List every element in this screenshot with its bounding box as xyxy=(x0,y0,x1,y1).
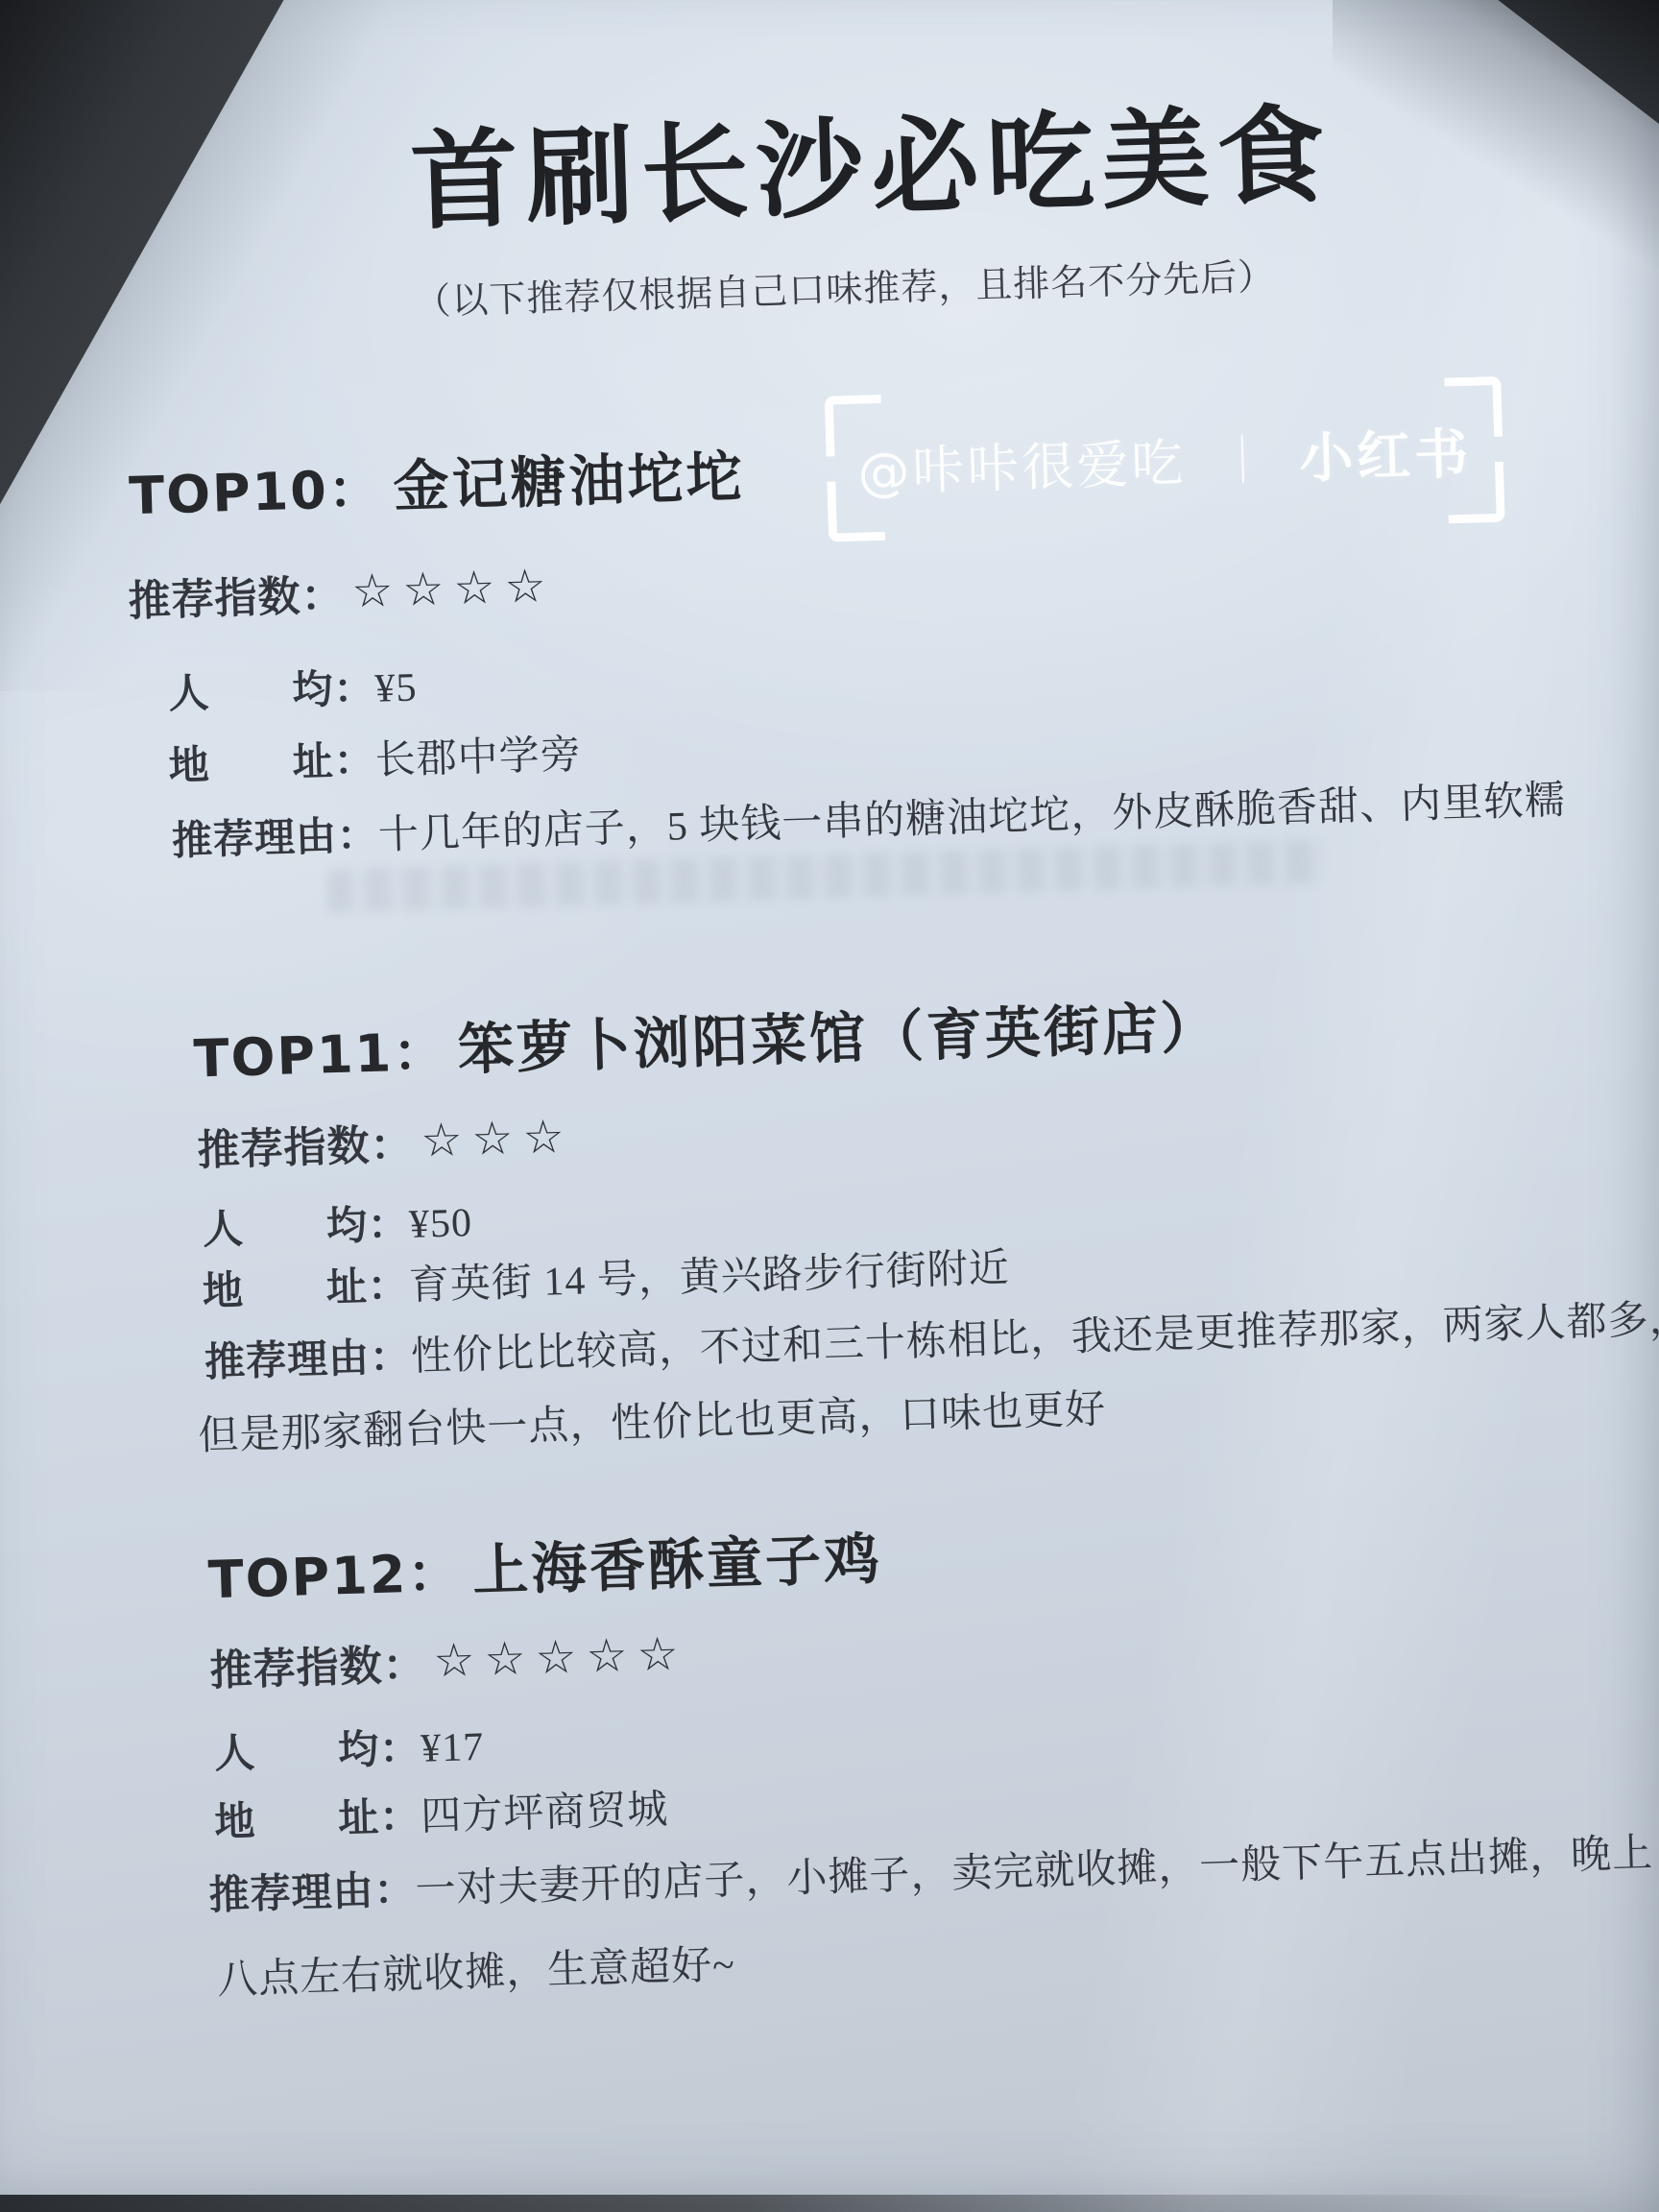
address-label: 地 址： xyxy=(202,1264,409,1314)
watermark-bracket-bottom-right-icon xyxy=(1447,462,1505,524)
reason-label: 推荐理由： xyxy=(171,814,378,864)
price-value: ¥5 xyxy=(374,665,418,710)
section-heading: TOP10：金记糖油坨坨 xyxy=(128,431,746,530)
rating-stars: ☆☆☆ xyxy=(421,1110,575,1168)
restaurant-name: 金记糖油坨坨 xyxy=(393,445,746,518)
rating-stars: ☆☆☆☆ xyxy=(351,559,557,618)
rating-stars: ☆☆☆☆☆ xyxy=(433,1627,689,1689)
address-value: 四方坪商贸城 xyxy=(421,1788,669,1839)
price-label: 人 均： xyxy=(168,667,375,717)
price-value: ¥17 xyxy=(421,1725,485,1771)
address-value: 育英街 14 号，黄兴路步行街附近 xyxy=(408,1246,1010,1309)
rating-label: 推荐指数： xyxy=(197,1121,414,1175)
watermark-bracket-top-left-icon xyxy=(825,395,883,457)
photo-frame: 首刷长沙必吃美食 （以下推荐仅根据自己口味推荐，且排名不分先后） @咔咔很爱吃 … xyxy=(0,0,1659,2212)
rating-row: 推荐指数：☆☆☆ xyxy=(197,1105,575,1178)
price-label: 人 均： xyxy=(202,1203,409,1253)
rank-label: TOP10： xyxy=(128,458,382,526)
watermark-bracket-bottom-left-icon xyxy=(827,480,885,542)
reason-text: 但是那家翻台快一点，性价比也更高，口味也更好 xyxy=(198,1387,1107,1458)
xiaohongshu-watermark: @咔咔很爱吃 ｜ 小红书 xyxy=(825,376,1505,542)
price-row: 人 均：¥50 xyxy=(202,1190,473,1256)
page-title: 首刷长沙必吃美食 xyxy=(408,69,1334,251)
reason-label: 推荐理由： xyxy=(208,1868,416,1918)
section-heading: TOP12：上海香酥童子鸡 xyxy=(206,1513,883,1614)
page-subtitle: （以下推荐仅根据自己口味推荐，且排名不分先后） xyxy=(414,247,1276,325)
reason-text: 性价比比较高，不过和三十栋相比，我还是更推荐那家，两家人都多， xyxy=(410,1297,1659,1380)
rank-label: TOP11： xyxy=(193,1022,447,1090)
rank-label: TOP12： xyxy=(207,1542,462,1610)
document-content: 首刷长沙必吃美食 （以下推荐仅根据自己口味推荐，且排名不分先后） @咔咔很爱吃 … xyxy=(0,0,1659,2211)
rating-row: 推荐指数：☆☆☆☆☆ xyxy=(209,1623,689,1698)
reason-label: 推荐理由： xyxy=(204,1335,412,1385)
address-label: 地 址： xyxy=(214,1795,421,1845)
rating-row: 推荐指数：☆☆☆☆ xyxy=(128,554,557,628)
price-row: 人 均：¥17 xyxy=(213,1715,485,1780)
reason-text: 一对夫妻开的店子，小摊子，卖完就收摊，一般下午五点出摊，晚上 xyxy=(415,1832,1654,1912)
address-value: 长郡中学旁 xyxy=(374,733,582,782)
reason-text: 十几年的店子，5 块钱一串的糖油坨坨，外皮酥脆香甜、内里软糯 xyxy=(377,779,1566,858)
section-heading: TOP11：笨萝卜浏阳菜馆（育英街店） xyxy=(192,982,1220,1094)
address-row: 地 址：长郡中学旁 xyxy=(168,722,583,792)
restaurant-name: 上海香酥童子鸡 xyxy=(471,1527,883,1602)
price-value: ¥50 xyxy=(408,1201,472,1247)
watermark-handle: @咔咔很爱吃 xyxy=(856,421,1187,505)
price-label: 人 均： xyxy=(214,1727,421,1777)
price-row: 人 均：¥5 xyxy=(168,655,419,720)
reason-text: 八点左右就收摊，生意超好~ xyxy=(217,1943,736,2003)
reason-row-continued: 八点左右就收摊，生意超好~ xyxy=(216,1933,735,2006)
reason-row-continued: 但是那家翻台快一点，性价比也更高，口味也更好 xyxy=(197,1377,1106,1461)
address-label: 地 址： xyxy=(168,739,375,789)
watermark-bracket-top-right-icon xyxy=(1444,376,1503,439)
restaurant-name: 笨萝卜浏阳菜馆（育英街店） xyxy=(457,997,1220,1081)
address-row: 地 址：四方坪商贸城 xyxy=(213,1777,669,1848)
rating-label: 推荐指数： xyxy=(209,1642,426,1695)
rating-label: 推荐指数： xyxy=(128,572,345,626)
watermark-divider: ｜ xyxy=(1217,421,1267,492)
